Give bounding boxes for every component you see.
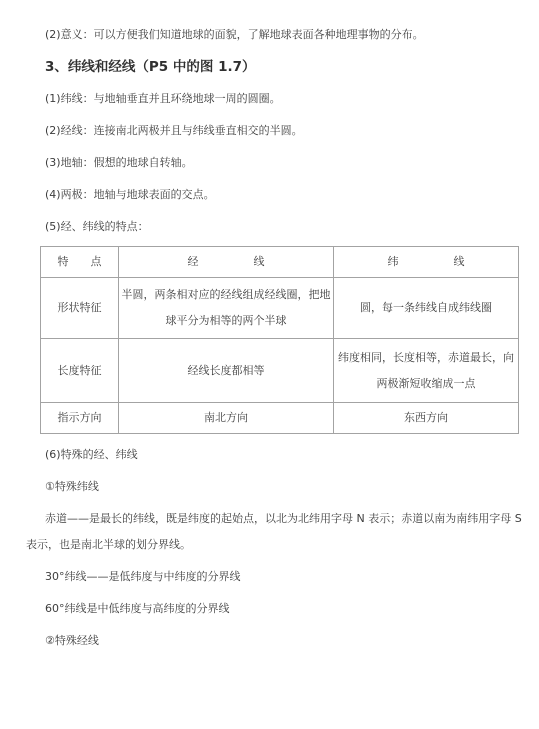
table-header-row: 特 点 经 线 纬 线 xyxy=(41,247,519,278)
special-lines-intro: (6)特殊的经、纬线 xyxy=(26,442,527,468)
cell-length-jingxian: 经线长度都相等 xyxy=(119,339,334,403)
document-page: (2)意义：可以方便我们知道地球的面貌，了解地球表面各种地理事物的分布。 3、纬… xyxy=(0,0,539,729)
definition-jingxian: (2)经线：连接南北两极并且与纬线垂直相交的半圆。 xyxy=(26,118,527,144)
cell-length-weixian: 纬度相同，长度相等，赤道最长，向两极渐短收缩成一点 xyxy=(334,339,519,403)
row-label-length: 长度特征 xyxy=(41,339,119,403)
table-row-shape: 形状特征 半圆，两条相对应的经线组成经线圈，把地球平分为相等的两个半球 圆，每一… xyxy=(41,278,519,339)
features-comparison-table: 特 点 经 线 纬 线 形状特征 半圆，两条相对应的经线组成经线圈，把地球平分为… xyxy=(40,246,519,434)
definition-weixian: (1)纬线：与地轴垂直并且环绕地球一周的圆圈。 xyxy=(26,86,527,112)
definition-dizhou: (3)地轴：假想的地球自转轴。 xyxy=(26,150,527,176)
cell-direction-weixian: 东西方向 xyxy=(334,403,519,434)
cell-shape-weixian: 圆，每一条纬线自成纬线圈 xyxy=(334,278,519,339)
paragraph-meaning: (2)意义：可以方便我们知道地球的面貌，了解地球表面各种地理事物的分布。 xyxy=(26,22,527,48)
paragraph-lat30: 30°纬线——是低纬度与中纬度的分界线 xyxy=(26,564,527,590)
definition-liangji: (4)两极：地轴与地球表面的交点。 xyxy=(26,182,527,208)
header-cell-jingxian: 经 线 xyxy=(119,247,334,278)
paragraph-lat60: 60°纬线是中低纬度与高纬度的分界线 xyxy=(26,596,527,622)
special-jingxian-subheading: ②特殊经线 xyxy=(26,628,527,654)
cell-direction-jingxian: 南北方向 xyxy=(119,403,334,434)
row-label-direction: 指示方向 xyxy=(41,403,119,434)
cell-shape-jingxian: 半圆，两条相对应的经线组成经线圈，把地球平分为相等的两个半球 xyxy=(119,278,334,339)
row-label-shape: 形状特征 xyxy=(41,278,119,339)
header-cell-feature: 特 点 xyxy=(41,247,119,278)
special-weixian-subheading: ①特殊纬线 xyxy=(26,474,527,500)
table-intro-label: (5)经、纬线的特点： xyxy=(26,214,527,240)
table-row-length: 长度特征 经线长度都相等 纬度相同，长度相等，赤道最长，向两极渐短收缩成一点 xyxy=(41,339,519,403)
paragraph-equator: 赤道——是最长的纬线，既是纬度的起始点，以北为北纬用字母 N 表示；赤道以南为南… xyxy=(26,506,527,558)
section-heading: 3、纬线和经线（P5 中的图 1.7） xyxy=(26,54,527,80)
table-row-direction: 指示方向 南北方向 东西方向 xyxy=(41,403,519,434)
header-cell-weixian: 纬 线 xyxy=(334,247,519,278)
